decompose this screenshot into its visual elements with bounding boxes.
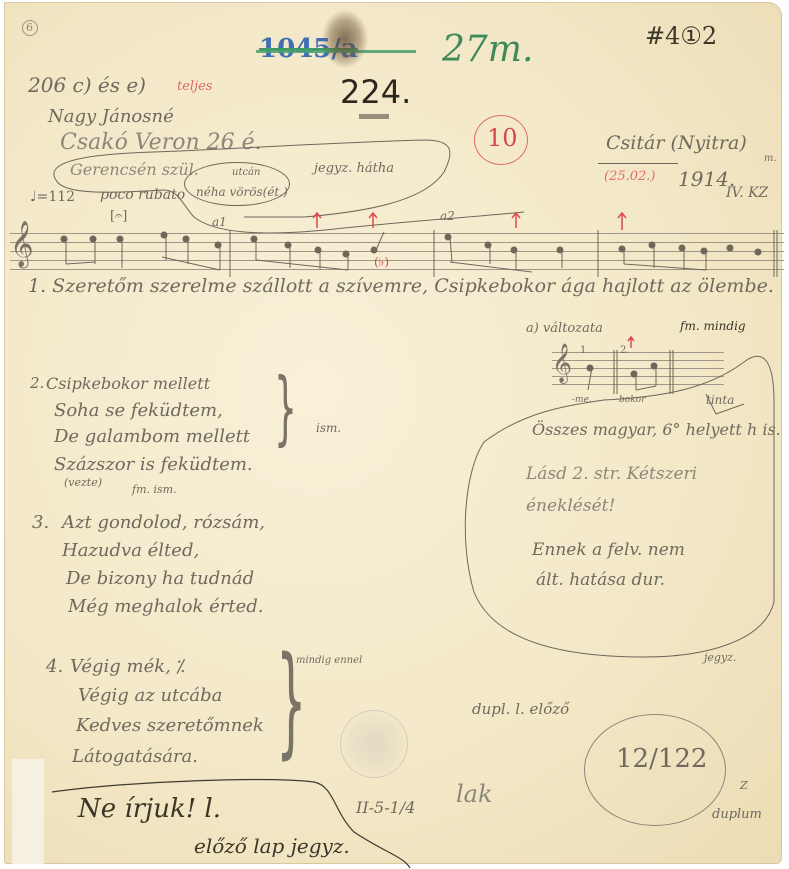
lak-note: lak [456, 782, 493, 806]
place-suffix: m. [764, 154, 777, 164]
red-accidental: (♭) [374, 256, 389, 268]
verse-2-line-3: De galambom mellett [54, 428, 250, 446]
verse-2-bracket: } [274, 368, 297, 448]
corner-mark-circle [22, 20, 38, 36]
duplicate-note: dupl. l. előző [472, 702, 569, 717]
verse-3-line-1: Azt gondolod, rózsám, [62, 514, 265, 532]
archive-stamp [340, 710, 408, 778]
red-date: (25.02.) [604, 170, 656, 183]
underline-smudge [359, 114, 389, 119]
fermata-mark: [𝄐] [110, 210, 127, 223]
green-label: 27m. [442, 32, 533, 68]
singer-name: Nagy Jánosné [48, 108, 174, 126]
verse-4-line-4: Látogatására. [72, 748, 198, 766]
singer-maiden-name: Csakó Veron 26 é. [60, 132, 262, 154]
circled-ref: 12/122 [616, 746, 707, 772]
note-bubble-top: utcán [232, 168, 260, 178]
variant-signature: jegyz. [704, 652, 736, 663]
catalog-ref: #4①2 [645, 24, 717, 48]
verse-3-number: 3. [32, 514, 49, 532]
verse-2-number: 2. [30, 376, 44, 391]
circled-red-number: 10 [487, 126, 518, 150]
variant-staff [552, 352, 724, 388]
verse-2-bracket-note: ism. [316, 422, 341, 434]
fraction-note: II-5-1/4 [356, 800, 415, 816]
variant-syllable-1: -me. [572, 396, 592, 405]
boxed-note-line-2: előző lap jegyz. [194, 836, 350, 856]
right-note: duplum [712, 808, 762, 821]
variant-text-line-5: ált. hatása dur. [536, 572, 665, 589]
main-number: 224. [340, 76, 411, 108]
variant-note-right: fm. mindig [680, 320, 746, 332]
verse-4-line-1: Végig mék, ⁒ [70, 658, 185, 676]
source-line-1: 206 c) és e) [28, 75, 146, 95]
place-underline [598, 163, 678, 164]
verse-3-line-2: Hazudva élted, [62, 542, 199, 560]
variant-text-line-2: Lásd 2. str. Kétszeri [526, 466, 697, 483]
collector-initials: IV. KZ [726, 186, 768, 200]
variant-clef: 𝄞 [552, 346, 572, 380]
annotation-a1: a1 [212, 216, 227, 228]
manuscript-page: 6 1045/a 224. 27m. #4①2 10 206 c) és e) … [4, 2, 782, 864]
boxed-note-line-1: Ne írjuk! l. [78, 796, 221, 822]
verse-3-line-4: Még meghalok érted. [68, 598, 264, 616]
birth-name: Gerencsén szül. [70, 162, 199, 178]
tempo-marking: ♩=112 [30, 190, 75, 204]
variant-text-line-4: Ennek a felv. nem [532, 542, 685, 559]
verse-4-number: 4. [46, 658, 63, 676]
variant-number-2: 2. [620, 346, 630, 356]
verse-4-bracket-note: mindig ennel [296, 656, 362, 666]
annotation-a2: a2 [440, 210, 455, 222]
note-right: jegyz. hátha [314, 162, 394, 175]
treble-clef: 𝄞 [10, 224, 34, 264]
tape-remnant [12, 759, 44, 864]
verse-2-line-2: Soha se feküdtem, [54, 402, 223, 420]
note-bubble-text: néha vörös(ét.) [196, 186, 288, 198]
verse-2-sub-note: (vezte) [64, 477, 102, 488]
music-staff [10, 233, 784, 273]
tempo-instruction: poco rubato [100, 188, 185, 202]
lyrics-verse-1: 1. Szeretőm szerelme szállott a szívemre… [28, 277, 774, 296]
verse-3-line-3: De bizony ha tudnád [66, 570, 254, 588]
variant-text-line-3: éneklését! [526, 498, 615, 515]
verse-4-line-2: Végig az utcába [78, 687, 222, 705]
variant-number-1: 1. [580, 346, 590, 356]
variant-text-line-1: Összes magyar, 6° helyett h is. [532, 422, 781, 438]
variant-label: a) változata [526, 322, 603, 335]
right-note-top: Z [740, 780, 748, 791]
verse-4-line-3: Kedves szeretőmnek [76, 717, 264, 735]
ink-smudge [322, 10, 368, 68]
verse-2-line-1: Csipkebokor mellett [46, 376, 210, 392]
verse-2-sub-note-2: fm. ism. [132, 484, 177, 495]
verse-2-line-4: Százszor is feküdtem. [54, 456, 253, 474]
source-line-1-red-note: teljes [177, 80, 212, 93]
place-name: Csitár (Nyitra) [606, 134, 747, 153]
variant-aside: tinta [706, 394, 734, 406]
variant-syllable-2: -bokor [616, 396, 645, 405]
